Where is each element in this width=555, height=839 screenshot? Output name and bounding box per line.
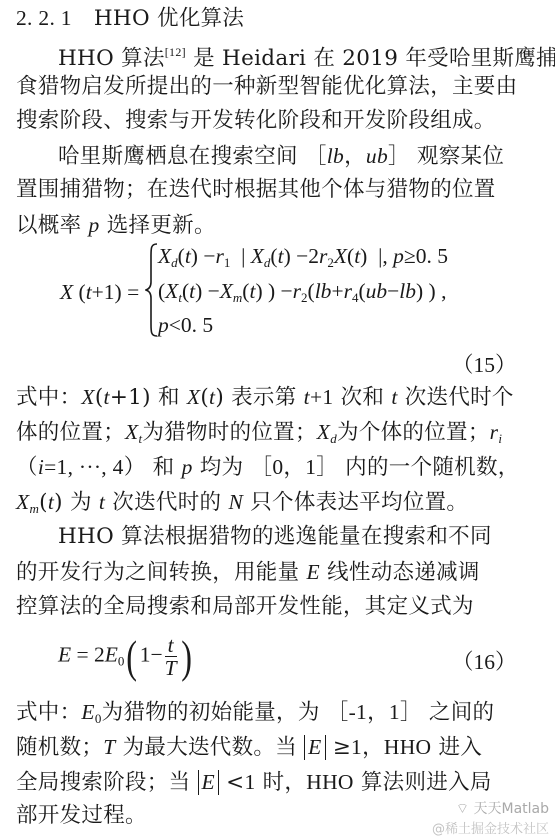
equation15-case2: (Xt(t) −Xm(t) ) −r2(lb+r4(ub−lb) ) , [158,279,446,306]
subscript: 0 [118,653,125,668]
math-ub: ub [366,144,388,168]
text: 哈里斯鹰栖息在搜索空间 ［ [58,144,327,169]
text: 天天Matlab [473,801,549,817]
paragraph2-line3: 以概率 p 选择更新。 [16,211,216,240]
watermark-line2: @稀土掘金技术社区 [432,818,549,837]
numerator: t [165,634,177,657]
paragraph5-line3: 全局搜索阶段；当 E <1 时，HHO 算法则进入局 [16,768,492,797]
text: HHO 算法 [58,46,165,71]
equation16: E = 2E0(1−tT) [58,630,194,683]
text: 是 Heidari 在 2019 年受哈里斯鹰捕 [186,46,555,71]
paragraph2-line1: 哈里斯鹰栖息在搜索空间 ［lb，ub］ 观察某位 [58,142,504,171]
equation15-number: （15） [452,348,517,379]
paragraph4-line3: 控算法的全局搜索和局部开发性能，其定义式为 [16,593,474,621]
fraction: tT [165,634,177,679]
text: ， [344,144,366,169]
paragraph3-line1: 式中：X(t+1) 和 X(t) 表示第 t+1 次和 t 次迭代时个 [16,383,514,412]
section-heading: 2. 2. 1HHO 优化算法 [16,4,244,33]
paragraph4-line2: 的开发行为之间转换，用能量 E 线性动态递减调 [16,558,480,587]
math-p: p [89,213,100,237]
paragraph5-line2: 随机数；T 为最大迭代数。当 E ≥1，HHO 进入 [16,733,482,762]
section-number: 2. 2. 1 [16,6,72,30]
text: ］ 观察某位 [388,144,504,169]
paragraph1-line2: 食猎物启发所提出的一种新型智能优化算法，主要由 [16,73,517,101]
equation15-lhs: X (t+1) = [60,280,139,305]
watermark-line1: ⌔ 天天Matlab [432,798,549,818]
section-title: HHO 优化算法 [94,6,244,31]
paragraph5-line1: 式中：E0为猎物的初始能量，为 ［-1，1］ 之间的 [16,698,494,733]
wechat-icon: ⌔ [456,801,474,817]
text: 以概率 [16,213,89,238]
paragraph1-line1: HHO 算法[12] 是 Heidari 在 2019 年受哈里斯鹰捕 [58,38,555,73]
math-lb: lb [327,144,344,168]
paragraph4-line1: HHO 算法根据猎物的逃逸能量在搜索和不同 [58,523,492,551]
citation-ref[interactable]: [12] [165,45,186,59]
equation16-number: （16） [452,645,517,676]
paragraph1-line3: 搜索阶段、搜索与开发转化阶段和开发阶段组成。 [16,107,496,135]
paragraph3-line4: Xm(t) 为 t 次迭代时的 N 只个体表达平均位置。 [16,488,468,523]
left-brace-icon [145,242,159,338]
denominator: T [165,657,177,679]
text: 1− [140,642,163,666]
paragraph5-line4: 部开发过程。 [16,802,147,830]
equation15-case1: Xd(t) −r1 | Xd(t) −2r2X(t) |, p≥0. 5 [158,244,448,271]
paragraph2-line2: 置围捕猎物；在迭代时根据其他个体与猎物的位置 [16,176,496,204]
equation15-case3: p<0. 5 [158,313,213,338]
watermark: ⌔ 天天Matlab @稀土掘金技术社区 [432,798,549,837]
paragraph3-line3: （i=1, ···, 4） 和 p 均为 ［0，1］ 内的一个随机数， [16,453,520,482]
paragraph3-line2: 体的位置；Xt为猎物时的位置；Xd为个体的位置；ri [16,418,502,453]
text: 选择更新。 [100,213,216,238]
